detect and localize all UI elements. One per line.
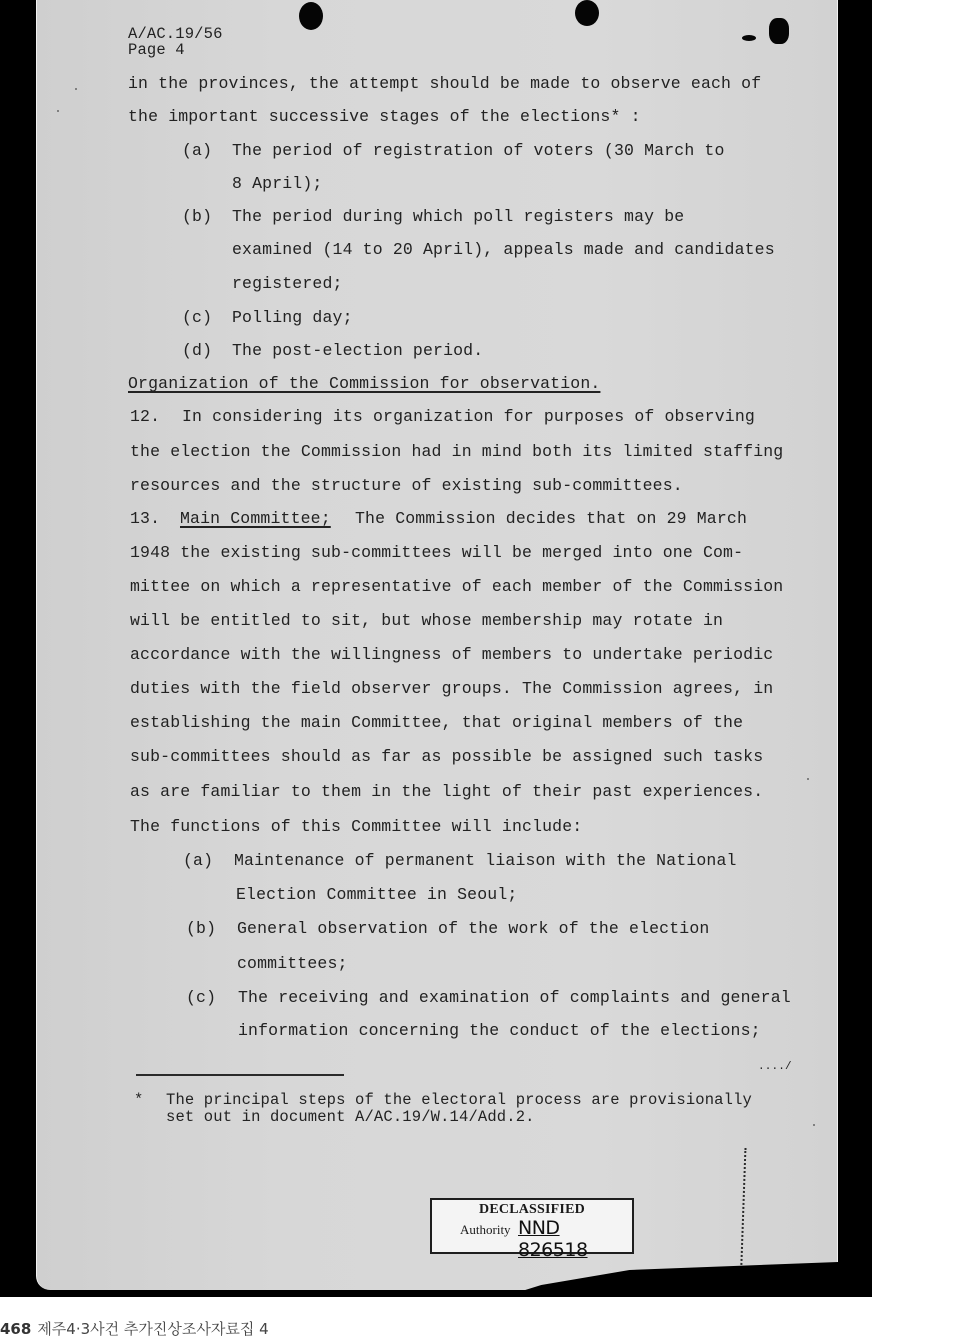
punch-hole-right [575,0,599,26]
body-line: accordance with the willingness of membe… [130,646,773,664]
list-marker: (b) [186,920,216,938]
list-item-text: Polling day; [232,309,353,327]
list-item-text: The period during which poll registers m… [232,208,684,226]
list-item-text: registered; [232,275,343,293]
body-line: establishing the main Committee, that or… [130,714,743,732]
body-line: resources and the structure of existing … [130,477,683,495]
book-footer: 468제주4·3사건 추가진상조사자료집 4 [0,1318,269,1336]
body-line: In considering its organization for purp… [182,408,755,426]
ink-blot [769,18,789,44]
body-line: The functions of this Committee will inc… [130,818,582,836]
footnote-divider [136,1074,344,1076]
list-marker: (d) [182,342,212,360]
paper-tear [740,1148,750,1288]
book-page-number: 468 [0,1320,31,1336]
page-label: Page 4 [128,42,185,58]
body-line: the election the Commission had in mind … [130,443,783,461]
body-line: the important successive stages of the e… [128,108,641,126]
list-item-text: Election Committee in Seoul; [236,886,517,904]
speck [813,1124,815,1126]
body-line: in the provinces, the attempt should be … [128,75,761,93]
stamp-authority-label: Authority [460,1222,511,1238]
list-item-text: General observation of the work of the e… [237,920,709,938]
list-item-text: Maintenance of permanent liaison with th… [234,852,737,870]
footnote-marker: * [134,1092,143,1109]
speck [57,110,59,112]
speck [75,88,77,90]
body-line: 1948 the existing sub-committees will be… [130,544,743,562]
book-title: 제주4·3사건 추가진상조사자료집 4 [37,1320,268,1336]
list-item-text: examined (14 to 20 April), appeals made … [232,241,775,259]
document-reference: A/AC.19/56 [128,26,223,42]
stamp-authority-value: NND 826518 [518,1217,632,1261]
body-line: mittee on which a representative of each… [130,578,783,596]
speck [807,778,809,780]
body-line: duties with the field observer groups. T… [130,680,773,698]
list-item-text: The period of registration of voters (30… [232,142,725,160]
list-item-text: The receiving and examination of complai… [238,989,791,1007]
list-marker: (b) [182,208,212,226]
paragraph-number: 13. [130,510,160,528]
footnote-text: The principal steps of the electoral pro… [166,1092,752,1109]
list-item-text: The post-election period. [232,342,483,360]
body-line: will be entitled to sit, but whose membe… [130,612,723,630]
section-heading: Organization of the Commission for obser… [128,375,600,393]
ink-blot-small [742,35,756,41]
body-line: sub-committees should as far as possible… [130,748,763,766]
stamp-title: DECLASSIFIED [432,1202,632,1218]
declassified-stamp: DECLASSIFIED Authority NND 826518 [430,1198,634,1254]
paragraph-number: 12. [130,408,160,426]
body-line: The Commission decides that on 29 March [355,510,747,528]
list-item-text: 8 April); [232,175,322,193]
list-marker: (c) [186,989,216,1007]
continuation-mark: ..../ [758,1058,792,1076]
list-item-text: information concerning the conduct of th… [238,1022,761,1040]
subheading: Main Committee; [180,510,331,528]
list-marker: (a) [183,852,213,870]
list-item-text: committees; [237,955,348,973]
punch-hole-left [299,2,323,30]
footnote-text: set out in document A/AC.19/W.14/Add.2. [166,1109,535,1126]
list-marker: (a) [182,142,212,160]
body-line: as are familiar to them in the light of … [130,783,763,801]
list-marker: (c) [182,309,212,327]
